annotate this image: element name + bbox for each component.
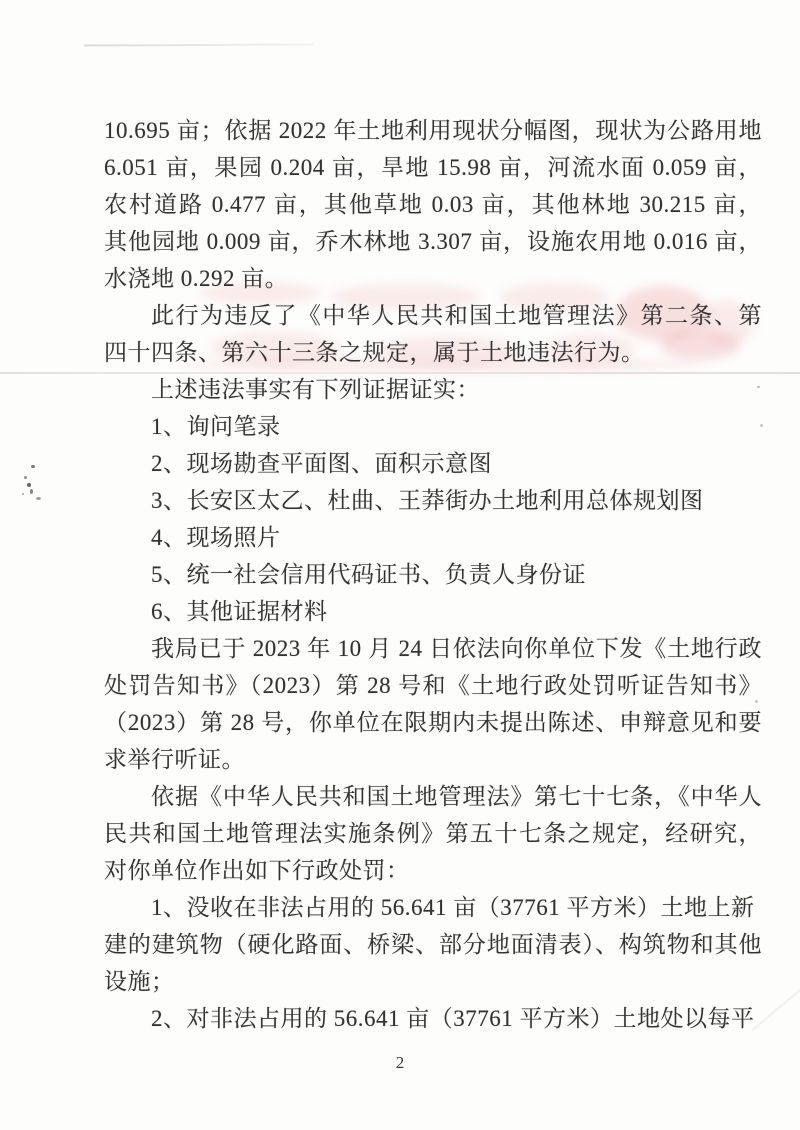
text-line: 10.695 亩；依据 2022 年土地利用现状分幅图，现状为公路用地 <box>104 112 762 149</box>
text-line: 我局已于 2023 年 10 月 24 日依法向你单位下发《土地行政 <box>104 630 762 667</box>
document-body: 10.695 亩；依据 2022 年土地利用现状分幅图，现状为公路用地 6.05… <box>104 112 762 1037</box>
crease-line-top <box>84 43 314 46</box>
text-line: 依据《中华人民共和国土地管理法》第七十七条，《中华人 <box>104 778 762 815</box>
text-line: 四十四条、第六十三条之规定，属于土地违法行为。 <box>104 334 762 371</box>
ink-speck <box>30 489 33 494</box>
evidence-item: 6、其他证据材料 <box>104 593 762 630</box>
text-line: 此行为违反了《中华人民共和国土地管理法》第二条、第 <box>104 297 762 334</box>
document-page: 10.695 亩；依据 2022 年土地利用现状分幅图，现状为公路用地 6.05… <box>0 0 800 1130</box>
evidence-item: 5、统一社会信用代码证书、负责人身份证 <box>104 556 762 593</box>
text-line: 其他园地 0.009 亩，乔木林地 3.307 亩，设施农用地 0.016 亩， <box>104 223 762 260</box>
text-line: 上述违法事实有下列证据证实： <box>104 371 762 408</box>
evidence-item: 3、长安区太乙、杜曲、王莽街办土地利用总体规划图 <box>104 482 762 519</box>
text-line: 6.051 亩，果园 0.204 亩，旱地 15.98 亩，河流水面 0.059… <box>104 149 762 186</box>
penalty-item: 2、对非法占用的 56.641 亩（37761 平方米）土地处以每平 <box>104 1000 762 1037</box>
text-line: 民共和国土地管理法实施条例》第五十七条之规定，经研究， <box>104 815 762 852</box>
ink-speck <box>31 465 35 468</box>
text-line: 对你单位作出如下行政处罚： <box>104 852 762 889</box>
evidence-item: 2、现场勘查平面图、面积示意图 <box>104 445 762 482</box>
ink-speck <box>24 476 27 479</box>
text-line: 求举行听证。 <box>104 741 762 778</box>
ink-speck <box>36 497 41 500</box>
ink-speck <box>22 493 24 495</box>
text-line: 处罚告知书》（2023）第 28 号和《土地行政处罚听证告知书》 <box>104 667 762 704</box>
text-line: 农村道路 0.477 亩，其他草地 0.03 亩，其他林地 30.215 亩， <box>104 186 762 223</box>
text-line: （2023）第 28 号，你单位在限期内未提出陈述、申辩意见和要 <box>104 704 762 741</box>
page-number: 2 <box>0 1053 800 1073</box>
evidence-item: 1、询问笔录 <box>104 408 762 445</box>
text-line: 水浇地 0.292 亩。 <box>104 260 762 297</box>
evidence-item: 4、现场照片 <box>104 519 762 556</box>
ink-speck <box>27 483 31 487</box>
penalty-item: 设施； <box>104 963 762 1000</box>
penalty-item: 1、没收在非法占用的 56.641 亩（37761 平方米）土地上新 <box>104 889 762 926</box>
penalty-item: 建的建筑物（硬化路面、桥梁、部分地面清表）、构筑物和其他 <box>104 926 762 963</box>
